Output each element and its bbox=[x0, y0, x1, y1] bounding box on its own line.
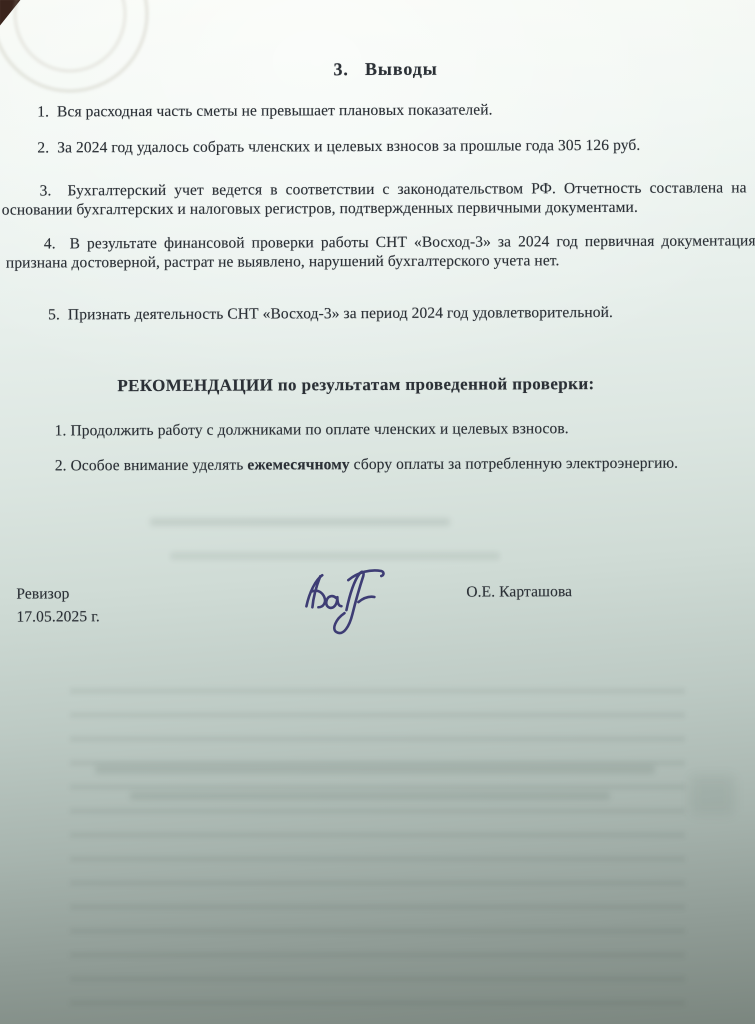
conclusion-item-5: 5. Признать деятельность СНТ «Восход-3» … bbox=[2, 302, 747, 324]
signer-name: О.Е. Карташова bbox=[466, 582, 572, 601]
signature-date: 17.05.2025 г. bbox=[16, 607, 100, 626]
document-photo: 3. Выводы 1. Вся расходная часть сметы н… bbox=[0, 0, 755, 1024]
conclusion-item-4-line-2: признана достоверной, растрат не выявлен… bbox=[2, 250, 747, 272]
recommendation-2-suffix: сбору оплаты за потребленную электроэнер… bbox=[350, 455, 679, 473]
recommendation-item-1: 1. Продолжить работу с должниками по опл… bbox=[3, 418, 748, 440]
document-content: 3. Выводы 1. Вся расходная часть сметы н… bbox=[0, 0, 755, 1024]
recommendation-2-bold-emphasis: ежемесячному bbox=[247, 456, 349, 473]
conclusion-item-2: 2. За 2024 год удалось собрать членских … bbox=[1, 135, 746, 157]
conclusion-item-1: 1. Вся расходная часть сметы не превышае… bbox=[1, 99, 746, 121]
section-heading: 3. Выводы bbox=[1, 58, 746, 80]
recommendations-heading: РЕКОМЕНДАЦИИ по результатам проведенной … bbox=[2, 374, 709, 396]
handwritten-signature bbox=[296, 558, 391, 642]
signer-role: Ревизор bbox=[16, 584, 69, 603]
recommendation-item-2: 2. Особое внимание уделять ежемесячному … bbox=[3, 453, 748, 475]
recommendation-2-text: 2. Особое внимание уделять bbox=[55, 457, 248, 475]
conclusion-item-3-line-2: основании бухгалтерских и налоговых реги… bbox=[2, 197, 747, 219]
recommendation-1-text: 1. Продолжить работу с должниками по опл… bbox=[55, 420, 569, 439]
